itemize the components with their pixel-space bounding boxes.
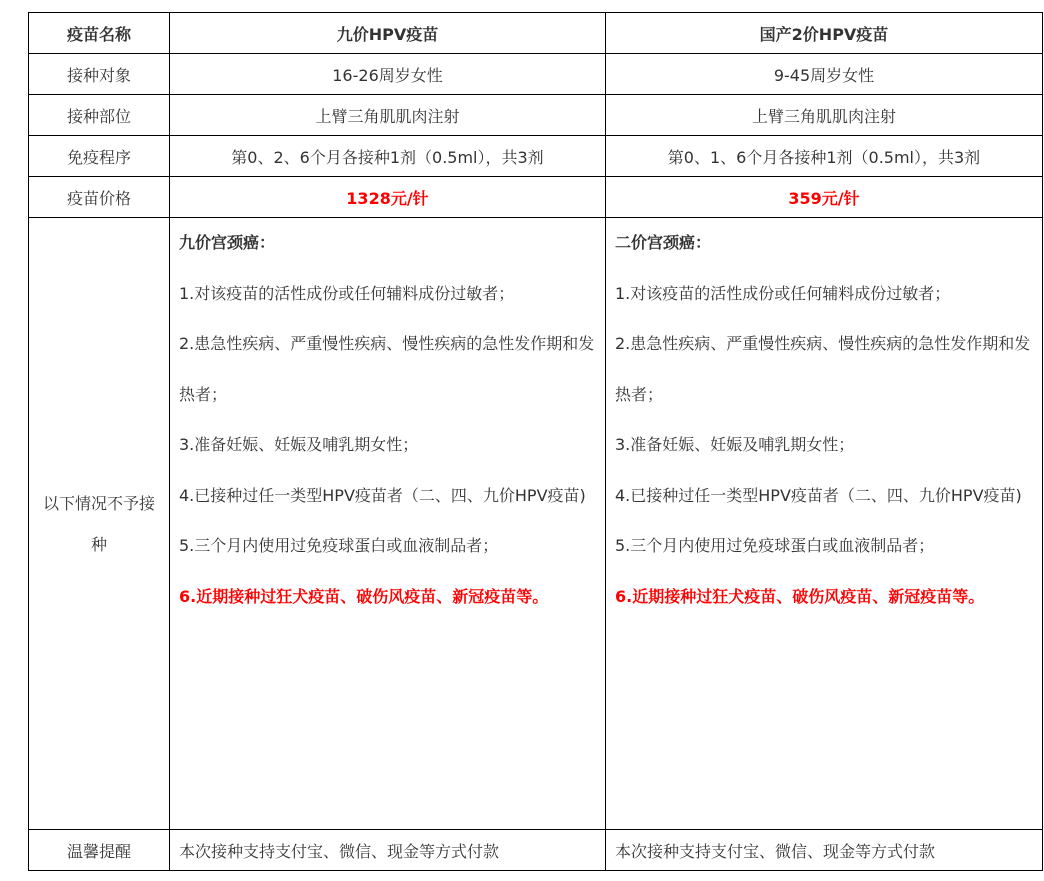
row-label: 接种对象 bbox=[29, 54, 170, 95]
table-row-price: 疫苗价格 1328元/针 359元/针 bbox=[29, 177, 1043, 218]
contraindication-item: 4.已接种过任一类型HPV疫苗者（二、四、九价HPV疫苗) bbox=[615, 471, 1036, 522]
contraindication-item: 5.三个月内使用过免疫球蛋白或血液制品者； bbox=[179, 521, 599, 572]
contraindication-item: 1.对该疫苗的活性成份或任何辅料成份过敏者； bbox=[615, 269, 1036, 320]
price-nine-valent: 1328元/针 bbox=[170, 177, 606, 218]
header-nine-valent: 九价HPV疫苗 bbox=[170, 13, 606, 54]
tip-bivalent: 本次接种支持支付宝、微信、现金等方式付款 bbox=[606, 830, 1043, 871]
contraindications-nine-valent: 九价宫颈癌： 1.对该疫苗的活性成份或任何辅料成份过敏者； 2.患急性疾病、严重… bbox=[170, 218, 606, 830]
contraindication-title: 二价宫颈癌： bbox=[615, 218, 1036, 269]
contraindication-item: 2.患急性疾病、严重慢性疾病、慢性疾病的急性发作期和发热者； bbox=[615, 319, 1036, 420]
price-bivalent: 359元/针 bbox=[606, 177, 1043, 218]
table-row-tip: 温馨提醒 本次接种支持支付宝、微信、现金等方式付款 本次接种支持支付宝、微信、现… bbox=[29, 830, 1043, 871]
cell-nine-valent: 16-26周岁女性 bbox=[170, 54, 606, 95]
contraindication-title: 九价宫颈癌： bbox=[179, 218, 599, 269]
cell-nine-valent: 上臂三角肌肌肉注射 bbox=[170, 95, 606, 136]
header-row: 疫苗名称 九价HPV疫苗 国产2价HPV疫苗 bbox=[29, 13, 1043, 54]
hpv-vaccine-comparison-table: 疫苗名称 九价HPV疫苗 国产2价HPV疫苗 接种对象 16-26周岁女性 9-… bbox=[28, 12, 1043, 871]
contraindication-item: 3.准备妊娠、妊娠及哺乳期女性； bbox=[179, 420, 599, 471]
cell-nine-valent: 第0、2、6个月各接种1剂（0.5ml），共3剂 bbox=[170, 136, 606, 177]
contraindication-item: 1.对该疫苗的活性成份或任何辅料成份过敏者； bbox=[179, 269, 599, 320]
table-row-contraindications: 以下情况不予接种 九价宫颈癌： 1.对该疫苗的活性成份或任何辅料成份过敏者； 2… bbox=[29, 218, 1043, 830]
cell-bivalent: 第0、1、6个月各接种1剂（0.5ml），共3剂 bbox=[606, 136, 1043, 177]
row-label: 以下情况不予接种 bbox=[29, 218, 170, 830]
contraindication-item-highlighted: 6.近期接种过狂犬疫苗、破伤风疫苗、新冠疫苗等。 bbox=[615, 572, 1036, 623]
contraindication-item: 4.已接种过任一类型HPV疫苗者（二、四、九价HPV疫苗) bbox=[179, 471, 599, 522]
contraindication-item-highlighted: 6.近期接种过狂犬疫苗、破伤风疫苗、新冠疫苗等。 bbox=[179, 572, 599, 623]
header-label-cell: 疫苗名称 bbox=[29, 13, 170, 54]
tip-nine-valent: 本次接种支持支付宝、微信、现金等方式付款 bbox=[170, 830, 606, 871]
contraindication-item: 5.三个月内使用过免疫球蛋白或血液制品者； bbox=[615, 521, 1036, 572]
row-label: 温馨提醒 bbox=[29, 830, 170, 871]
table-row-schedule: 免疫程序 第0、2、6个月各接种1剂（0.5ml），共3剂 第0、1、6个月各接… bbox=[29, 136, 1043, 177]
row-label: 疫苗价格 bbox=[29, 177, 170, 218]
row-label: 免疫程序 bbox=[29, 136, 170, 177]
contraindication-item: 2.患急性疾病、严重慢性疾病、慢性疾病的急性发作期和发热者； bbox=[179, 319, 599, 420]
row-label: 接种部位 bbox=[29, 95, 170, 136]
cell-bivalent: 9-45周岁女性 bbox=[606, 54, 1043, 95]
cell-bivalent: 上臂三角肌肌肉注射 bbox=[606, 95, 1043, 136]
table-row-injection-site: 接种部位 上臂三角肌肌肉注射 上臂三角肌肌肉注射 bbox=[29, 95, 1043, 136]
contraindication-item: 3.准备妊娠、妊娠及哺乳期女性； bbox=[615, 420, 1036, 471]
table-row-target-group: 接种对象 16-26周岁女性 9-45周岁女性 bbox=[29, 54, 1043, 95]
header-domestic-bivalent: 国产2价HPV疫苗 bbox=[606, 13, 1043, 54]
contraindications-bivalent: 二价宫颈癌： 1.对该疫苗的活性成份或任何辅料成份过敏者； 2.患急性疾病、严重… bbox=[606, 218, 1043, 830]
